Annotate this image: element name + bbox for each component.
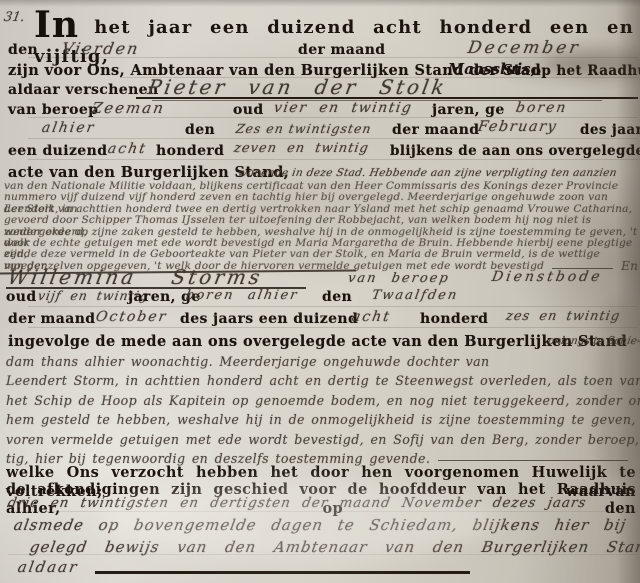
groom-century-word: acht	[107, 141, 149, 157]
record-number: 31.	[3, 10, 26, 25]
bride-detail-line: voren vermelde getuigen met ede wordt be…	[6, 430, 636, 449]
bride-detail-line: het Schip de Hoop als Kapitein op genoem…	[6, 391, 636, 410]
label-des-jaars: des jaars	[580, 122, 640, 138]
proclamation-dates: drie en twintigsten en dertigsten der ma…	[7, 495, 588, 511]
marriage-month: December	[466, 38, 582, 58]
label-een-duizend: een duizend	[8, 143, 107, 159]
filler-dash	[438, 460, 628, 461]
bride-birthplace: alhier	[247, 288, 300, 303]
groom-name: Pieter van der Stolk	[146, 75, 449, 99]
bride-label-des-jaars: des jaars een duizend	[180, 311, 358, 327]
rule-line	[28, 117, 638, 118]
bride-label-ingevolge: ingevolge de mede aan ons overgelegde ac…	[8, 333, 627, 350]
label-beroep: van beroep	[8, 102, 98, 118]
proclamation-proof: gelegd bewijs van den Ambtenaar van den …	[28, 538, 640, 556]
groom-name-underline	[136, 97, 638, 99]
bride-label-der-maand: der maand	[8, 311, 95, 327]
proclamation-schiedam: alsmede op bovengemelde dagen te Schieda…	[12, 516, 640, 534]
officials-suffix: op het Raadhuis	[532, 63, 640, 79]
bride-beroep-label: van beroep	[347, 271, 451, 286]
rule-line	[28, 327, 638, 328]
groom-geboren-suffix: boren	[515, 100, 569, 116]
label-der-maand-2: der maand	[392, 122, 479, 138]
bride-birth-day: Twaalfden	[371, 288, 460, 303]
groom-birth-year: zeven en twintig	[233, 141, 371, 156]
details-end-mark: En	[621, 261, 638, 272]
bride-details-block: dam thans alhier woonachtig. Meerderjari…	[6, 352, 636, 468]
groom-birth-day: Zes en twintigsten	[235, 121, 373, 136]
label-honderd: honderd	[156, 143, 224, 159]
bride-residence-start: onlangs te Schie-	[547, 335, 640, 347]
label-blijkens: blijkens de aan ons overgelegde	[390, 143, 640, 159]
label-den: den	[8, 42, 38, 58]
bride-occupation: Dienstbode	[491, 269, 604, 285]
groom-birthplace: alhier	[41, 120, 97, 136]
groom-occupation: Zeeman	[90, 99, 166, 117]
groom-birth-month: February	[477, 119, 559, 135]
groom-age: vier en twintig	[273, 100, 414, 116]
bride-name: Willemina Storms	[6, 265, 265, 289]
rule-line	[28, 138, 638, 139]
label-oud: oud	[233, 102, 264, 118]
bride-label-den: den	[322, 289, 352, 305]
label-der-maand: der maand	[298, 42, 385, 58]
bride-detail-line: Leendert Storm, in achttien honderd acht…	[6, 371, 636, 390]
marriage-record-scan: 31. In het jaar een duizend acht honderd…	[0, 0, 640, 583]
bride-label-oud: oud	[6, 289, 37, 305]
label-jaren-ge: jaren, ge	[432, 102, 505, 118]
label-verschenen: aldaar verschenen	[8, 82, 159, 98]
rule-line	[28, 306, 638, 307]
label-den-2: den	[185, 122, 215, 138]
bride-birth-month: October	[95, 309, 169, 325]
bride-label-honderd: honderd	[420, 311, 488, 327]
city-name: Maassluis,	[448, 61, 536, 78]
bride-detail-line: dam thans alhier woonachtig. Meerderjari…	[6, 352, 636, 371]
groom-residence-note: wonende in deze Stad. Hebbende aan zijne…	[237, 167, 618, 179]
bride-detail-line: hem gesteld te hebben, weshalve hij in d…	[6, 410, 636, 429]
bride-birth-year: zes en twintig	[505, 309, 622, 324]
rule-line	[28, 159, 638, 160]
groom-details-block: van den Nationale Militie voldaan, blijk…	[4, 181, 638, 272]
proclamation-aldaar: aldaar	[16, 558, 80, 576]
closing-heavy-line	[95, 571, 470, 574]
marriage-day: Vierden	[60, 39, 141, 58]
bride-geboren-suffix: boren	[185, 288, 236, 303]
bride-century-word: acht	[351, 309, 393, 325]
